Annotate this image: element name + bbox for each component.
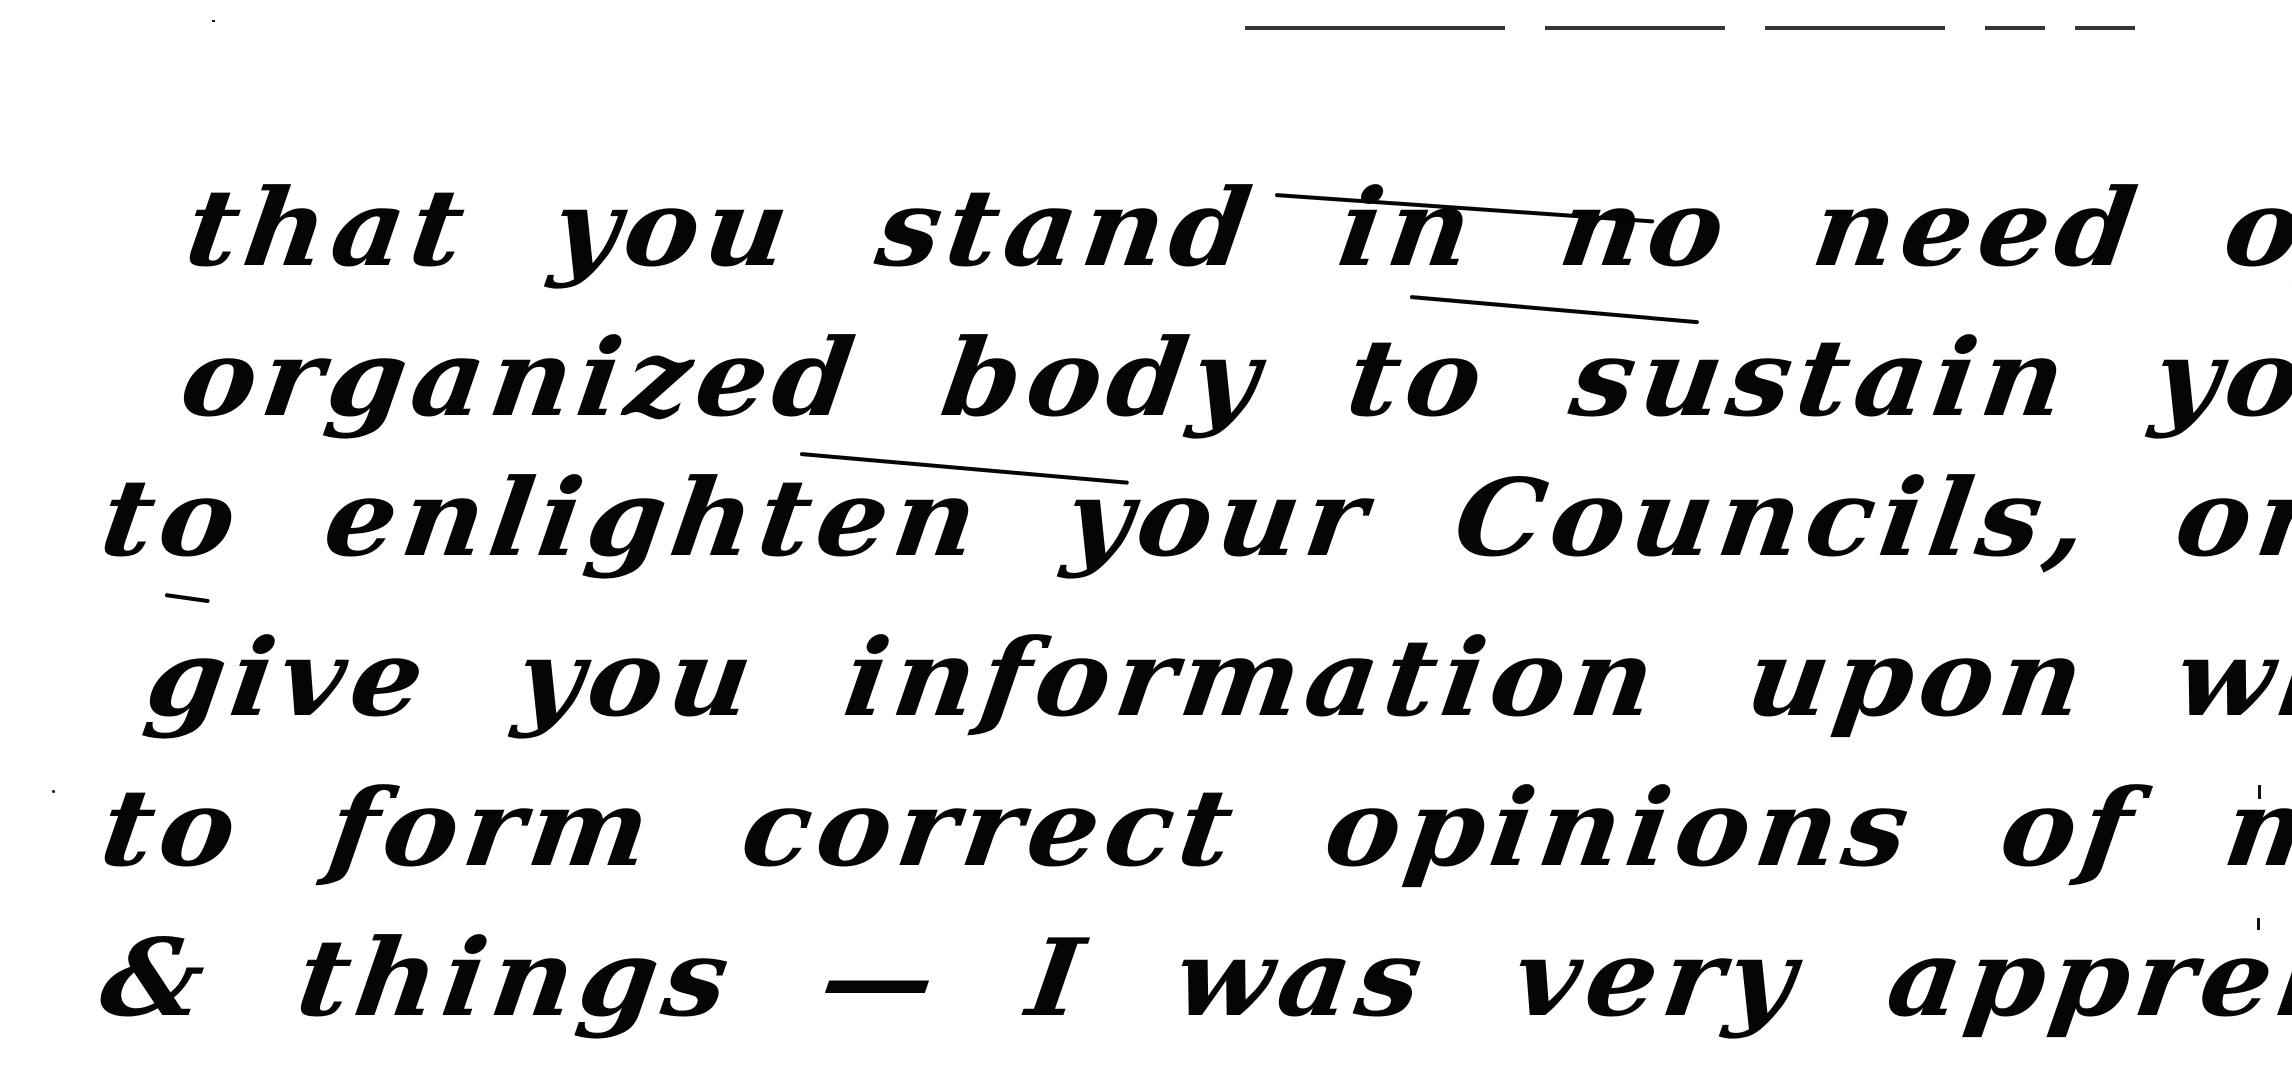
manuscript-page: that you stand in no need of any organiz… <box>0 0 2292 1082</box>
handwritten-line-3: to enlighten your Councils, or to <box>95 466 2292 572</box>
handwritten-line-4: give you information upon which <box>140 626 2292 732</box>
margin-tick <box>2257 918 2260 930</box>
top-ruled-line <box>1245 26 2135 30</box>
handwritten-line-6: & things — I was very apprehensive <box>95 926 2292 1032</box>
ink-speck <box>52 790 55 793</box>
handwritten-line-1: that you stand in no need of any <box>180 176 2292 282</box>
accent-stroke <box>165 593 210 603</box>
ink-speck <box>212 20 215 22</box>
handwritten-line-5: to form correct opinions of men <box>95 776 2292 882</box>
margin-tick <box>2258 785 2261 799</box>
handwritten-line-2: organized body to sustain you, or <box>175 326 2292 432</box>
